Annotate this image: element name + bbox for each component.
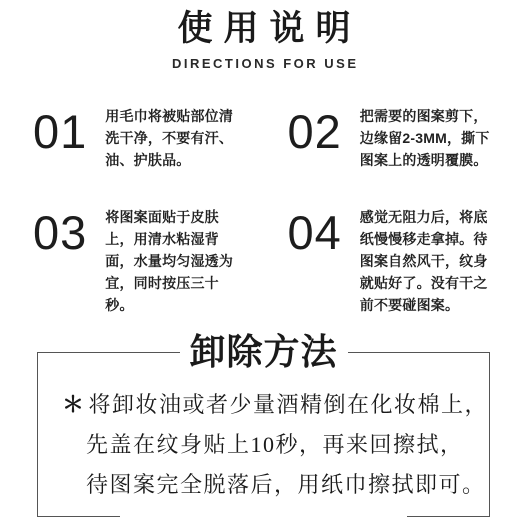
asterisk-marker: ＊: [62, 385, 86, 425]
step-item-3: 03 将图案面贴于皮肤上，用清水粘湿背面，水量均匀湿透为宜，同时按压三十秒。: [33, 205, 246, 316]
removal-line: ＊将卸妆油或者少量酒精倒在化妆棉上，: [38, 385, 489, 425]
steps-grid: 01 用毛巾将被贴部位清洗干净，不要有汗、油、护肤品。 02 把需要的图案剪下，…: [33, 104, 500, 317]
step-number: 04: [288, 211, 342, 256]
step-number: 02: [288, 110, 342, 155]
step-number: 01: [33, 110, 87, 155]
step-item-2: 02 把需要的图案剪下，边缘留2-3MM，撕下图案上的透明覆膜。: [288, 104, 501, 171]
step-text: 感觉无阻力后，将底纸慢慢移走拿掉。待图案自然风干，纹身就贴好了。没有干之前不要碰…: [360, 205, 500, 316]
removal-line: 先盖在纹身贴上10秒，再来回擦拭，: [38, 425, 489, 465]
step-number: 03: [33, 211, 87, 256]
step-text: 把需要的图案剪下，边缘留2-3MM，撕下图案上的透明覆膜。: [360, 104, 500, 171]
page-title: 使用说明: [0, 8, 528, 50]
removal-section: 卸除方法 ＊将卸妆油或者少量酒精倒在化妆棉上， 先盖在纹身贴上10秒，再来回擦拭…: [37, 352, 490, 517]
step-text: 将图案面贴于皮肤上，用清水粘湿背面，水量均匀湿透为宜，同时按压三十秒。: [105, 205, 245, 316]
removal-instructions: ＊将卸妆油或者少量酒精倒在化妆棉上， 先盖在纹身贴上10秒，再来回擦拭， 待图案…: [38, 385, 489, 505]
instruction-sheet: 使用说明 DIRECTIONS FOR USE 01 用毛巾将被贴部位清洗干净，…: [0, 0, 528, 528]
removal-section-title: 卸除方法: [179, 329, 347, 374]
page-subtitle: DIRECTIONS FOR USE: [0, 56, 528, 71]
removal-line-text: 将卸妆油或者少量酒精倒在化妆棉上，: [89, 392, 489, 417]
step-item-4: 04 感觉无阻力后，将底纸慢慢移走拿掉。待图案自然风干，纹身就贴好了。没有干之前…: [288, 205, 501, 316]
step-text: 用毛巾将被贴部位清洗干净，不要有汗、油、护肤品。: [105, 104, 245, 171]
removal-line: 待图案完全脱落后，用纸巾擦拭即可。: [38, 465, 489, 505]
header: 使用说明 DIRECTIONS FOR USE: [0, 8, 528, 71]
step-item-1: 01 用毛巾将被贴部位清洗干净，不要有汗、油、护肤品。: [33, 104, 246, 171]
